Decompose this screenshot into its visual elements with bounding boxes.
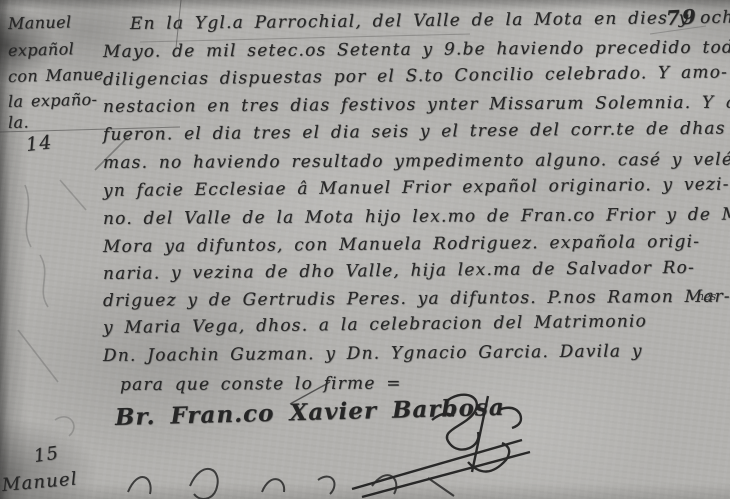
margin-note-line: Manuel — [8, 12, 72, 33]
record-line: Mora ya difuntos, con Manuela Rodriguez.… — [103, 232, 700, 257]
record-line: y Maria Vega, dhos. a la celebracion del… — [103, 311, 647, 338]
manuscript-page: 79 Manuel expañol con Manue la expaño- l… — [0, 0, 730, 499]
next-entry-number: 15 — [33, 443, 61, 467]
record-line: diligencias dispuestas por el S.to Conci… — [103, 62, 728, 90]
record-line: fueron. el dia tres el dia seis y el tre… — [103, 118, 730, 145]
record-line: naria. y vezina de dho Valle, hija lex.m… — [103, 258, 695, 284]
record-line: Mayo. de mil setec.os Setenta y 9.be hav… — [103, 37, 730, 62]
margin-note-line: expañol — [8, 39, 75, 60]
record-line: nestacion en tres dias festivos ynter Mi… — [103, 92, 730, 117]
record-line: yn facie Ecclesiae â Manuel Frior expaño… — [103, 174, 730, 201]
record-line: En la Ygl.a Parrochial, del Valle de la … — [130, 7, 730, 34]
margin-note-line: la. — [8, 112, 29, 132]
line-superscript: nes — [697, 290, 716, 303]
priest-signature: Br. Fran.co Xavier Barbosa — [115, 394, 505, 431]
record-line: para que conste lo firme = — [120, 374, 402, 395]
ink-bleed-through — [18, 133, 132, 436]
record-line: Dn. Joachin Guzman. y Dn. Ygnacio Garcia… — [103, 341, 643, 366]
margin-note-line: con Manue — [8, 65, 104, 86]
margin-note-line: la expaño- — [8, 90, 98, 111]
entry-number: 14 — [25, 131, 54, 156]
record-line: no. del Valle de la Mota hijo lex.mo de … — [103, 204, 730, 229]
next-entry-margin: Manuel — [1, 468, 79, 496]
record-line: mas. no haviendo resultado ympedimento a… — [103, 150, 730, 173]
record-line: driguez y de Gertrudis Peres. ya difunto… — [103, 287, 730, 311]
